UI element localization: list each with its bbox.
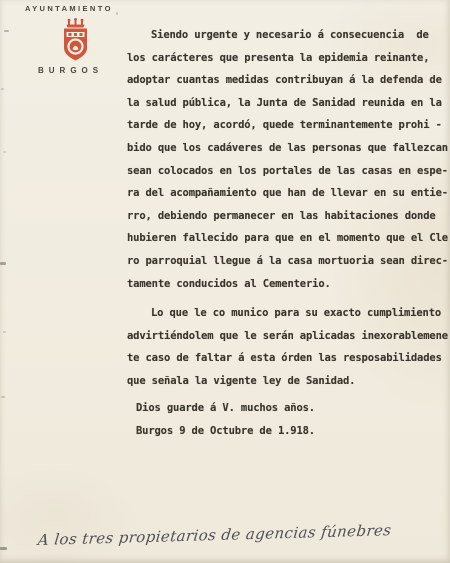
letter-line: adoptar cuantas medidas contribuyan á la…	[127, 69, 450, 92]
paper-speck	[0, 262, 6, 265]
letter-line: bido que los cadáveres de las personas q…	[127, 137, 450, 160]
letter-paragraph: Lo que le co munico para su exacto cumpl…	[127, 302, 450, 392]
letter-line: que señala la vigente ley de Sanidad.	[127, 370, 450, 393]
letter-line: hubieren fallecido para que en el moment…	[127, 227, 450, 250]
letter-paragraph: Dios guarde á V. muchos años.	[127, 397, 450, 420]
paper-speck	[4, 30, 9, 32]
letter-body: Siendo urgente y necesario á consecuenci…	[127, 24, 450, 443]
scanned-letter-page: AYUNTAMIENTO BURGOS Siendo urgente y nec…	[0, 0, 450, 563]
letter-line: Lo que le co munico para su exacto cumpl…	[127, 302, 450, 325]
letter-line: la salud pública, la Junta de Sanidad re…	[127, 92, 450, 115]
letter-line: tarde de hoy, acordó, quede terminanteme…	[127, 114, 450, 137]
letter-line: tamente conducidos al Cementerio.	[127, 273, 450, 296]
letter-paragraph: Siendo urgente y necesario á consecuenci…	[127, 24, 450, 295]
letter-line: Dios guarde á V. muchos años.	[127, 397, 450, 420]
burgos-coat-of-arms-icon	[57, 18, 94, 64]
handwritten-addressee-note: A los tres propietarios de agencias fúne…	[37, 522, 369, 549]
letter-line: sean colocados en los portales de las ca…	[127, 160, 450, 183]
paper-speck	[116, 12, 118, 15]
letter-line: advirtiéndolem que le serán aplicadas in…	[127, 325, 450, 348]
paper-speck	[3, 151, 6, 153]
letter-line: rro, debiendo permanecer en las habitaci…	[127, 205, 450, 228]
letterhead-organization: AYUNTAMIENTO	[25, 4, 113, 13]
paper-speck	[1, 88, 4, 90]
paper-speck	[0, 547, 7, 550]
letter-line: ra del acompañamiento que han de llevar …	[127, 182, 450, 205]
letter-line: los carácteres que presenta la epidemia …	[127, 47, 450, 70]
letter-line: Siendo urgente y necesario á consecuenci…	[127, 24, 450, 47]
paper-speck	[3, 331, 6, 333]
letterhead-city: BURGOS	[38, 66, 103, 75]
letter-paragraph: Burgos 9 de Octubre de 1.918.	[127, 420, 450, 443]
paper-speck	[1, 396, 5, 398]
letter-line: te caso de faltar á esta órden las respo…	[127, 347, 450, 370]
letter-line: ro parroquial llegue á la casa mortuoria…	[127, 250, 450, 273]
letter-line: Burgos 9 de Octubre de 1.918.	[127, 420, 450, 443]
